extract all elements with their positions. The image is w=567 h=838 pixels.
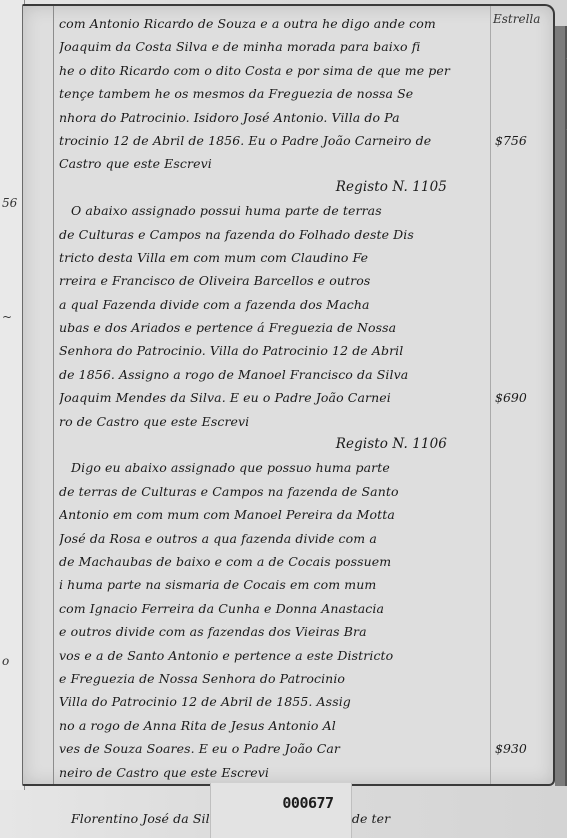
- manuscript-line: de Machaubas de baixo e com a de Cocais …: [59, 550, 487, 573]
- fee-amount: $756: [495, 129, 527, 152]
- manuscript-page: Estrella com Antonio Ricardo de Souza e …: [22, 4, 555, 786]
- manuscript-line: i huma parte na sismaria de Cocais em co…: [59, 573, 487, 596]
- fee-amount: $930: [495, 737, 527, 760]
- manuscript-line: Castro que este Escrevi: [59, 152, 487, 175]
- registry-entry-heading: Registo N. 1106: [59, 433, 487, 456]
- page-spine: [555, 26, 567, 786]
- manuscript-line: no a rogo de Anna Rita de Jesus Antonio …: [59, 714, 487, 737]
- archive-stamp-number: 000677: [278, 794, 338, 812]
- manuscript-line: he o dito Ricardo com o dito Costa e por…: [59, 59, 487, 82]
- manuscript-line: rreira e Francisco de Oliveira Barcellos…: [59, 269, 487, 292]
- left-margin-note: o: [2, 654, 9, 668]
- manuscript-line: tençe tambem he os mesmos da Freguezia d…: [59, 82, 487, 105]
- manuscript-line: a qual Fazenda divide com a fazenda dos …: [59, 293, 487, 316]
- manuscript-line: neiro de Castro que este Escrevi: [59, 761, 487, 784]
- manuscript-line: com Antonio Ricardo de Souza e a outra h…: [59, 12, 487, 35]
- left-margin-rule: [53, 6, 54, 784]
- manuscript-line: de terras de Culturas e Campos na fazend…: [59, 480, 487, 503]
- manuscript-line: Joaquim Mendes da Silva. E eu o Padre Jo…: [59, 386, 487, 409]
- manuscript-line: nhora do Patrocinio. Isidoro José Antoni…: [59, 106, 487, 129]
- manuscript-line: de 1856. Assigno a rogo de Manoel Franci…: [59, 363, 487, 386]
- left-margin-note: 56: [2, 196, 17, 210]
- archive-stamp-card: 000677: [210, 783, 352, 838]
- manuscript-line: ves de Souza Soares. E eu o Padre João C…: [59, 737, 487, 760]
- manuscript-line: vos e a de Santo Antonio e pertence a es…: [59, 644, 487, 667]
- manuscript-line: e Freguezia de Nossa Senhora do Patrocin…: [59, 667, 487, 690]
- top-right-annotation: Estrella: [493, 12, 540, 26]
- manuscript-line: José da Rosa e outros a qua fazenda divi…: [59, 527, 487, 550]
- registry-entry-heading: Registo N. 1105: [59, 176, 487, 199]
- manuscript-line: de Culturas e Campos na fazenda do Folha…: [59, 223, 487, 246]
- manuscript-line: Villa do Patrocinio 12 de Abril de 1855.…: [59, 690, 487, 713]
- manuscript-text: com Antonio Ricardo de Souza e a outra h…: [59, 12, 487, 831]
- manuscript-line: O abaixo assignado possui huma parte de …: [59, 199, 487, 222]
- manuscript-line: tricto desta Villa em com mum com Claudi…: [59, 246, 487, 269]
- manuscript-line: ubas e dos Ariados e pertence á Freguezi…: [59, 316, 487, 339]
- manuscript-line: Digo eu abaixo assignado que possuo huma…: [59, 456, 487, 479]
- manuscript-line: trocinio 12 de Abril de 1856. Eu o Padre…: [59, 129, 487, 152]
- right-margin-rule: [490, 6, 491, 784]
- manuscript-line: e outros divide com as fazendas dos Viei…: [59, 620, 487, 643]
- manuscript-line: Senhora do Patrocinio. Villa do Patrocin…: [59, 339, 487, 362]
- manuscript-line: Joaquim da Costa Silva e de minha morada…: [59, 35, 487, 58]
- manuscript-line: com Ignacio Ferreira da Cunha e Donna An…: [59, 597, 487, 620]
- manuscript-line: ro de Castro que este Escrevi: [59, 410, 487, 433]
- left-margin-note: ~: [2, 310, 12, 324]
- manuscript-line: Antonio em com mum com Manoel Pereira da…: [59, 503, 487, 526]
- fee-amount: $690: [495, 386, 527, 409]
